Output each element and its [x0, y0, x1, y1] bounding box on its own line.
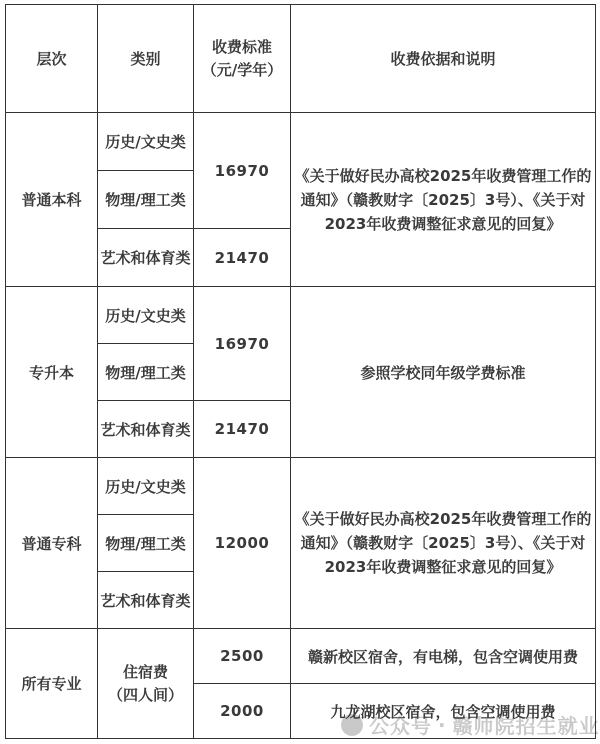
- category-cell: 物理/理工类: [98, 344, 194, 401]
- fee-cell: 16970: [194, 113, 291, 229]
- fee-cell: 2500: [194, 629, 291, 684]
- category-cell: 艺术和体育类: [98, 229, 194, 287]
- header-row: 层次 类别 收费标准 （元/学年） 收费依据和说明: [6, 5, 596, 113]
- table-row: 普通本科 历史/文史类 16970 《关于做好民办高校2025年收费管理工作的通…: [6, 113, 596, 171]
- page: 公众号 · 赣师院招生就业处 层次 类别 收费标准 （元/学年） 收费依据和说明…: [0, 0, 600, 744]
- category-cell-dorm: 住宿费 （四人间）: [98, 629, 194, 739]
- basis-cell-dorm-jiulonghu: 九龙湖校区宿舍，包含空调使用费: [291, 684, 596, 739]
- level-cell-college: 普通专科: [6, 458, 98, 629]
- fee-cell: 16970: [194, 287, 291, 401]
- category-cell: 艺术和体育类: [98, 572, 194, 629]
- fee-cell: 21470: [194, 229, 291, 287]
- header-fee-line2: （元/学年）: [196, 59, 288, 82]
- category-cell: 艺术和体育类: [98, 401, 194, 458]
- level-cell-undergraduate: 普通本科: [6, 113, 98, 287]
- fee-cell: 2000: [194, 684, 291, 739]
- table-row: 所有专业 住宿费 （四人间） 2500 赣新校区宿舍，有电梯，包含空调使用费: [6, 629, 596, 684]
- basis-cell-college: 《关于做好民办高校2025年收费管理工作的通知》（赣教财字〔2025〕3号）、《…: [291, 458, 596, 629]
- category-cell: 历史/文史类: [98, 113, 194, 171]
- level-cell-zhuanshengben: 专升本: [6, 287, 98, 458]
- header-level: 层次: [6, 5, 98, 113]
- basis-cell-undergraduate: 《关于做好民办高校2025年收费管理工作的通知》（赣教财字〔2025〕3号）、《…: [291, 113, 596, 287]
- category-cell: 历史/文史类: [98, 287, 194, 344]
- category-cell: 物理/理工类: [98, 515, 194, 572]
- header-category: 类别: [98, 5, 194, 113]
- header-fee-standard: 收费标准 （元/学年）: [194, 5, 291, 113]
- table-row: 普通专科 历史/文史类 12000 《关于做好民办高校2025年收费管理工作的通…: [6, 458, 596, 515]
- category-cell: 历史/文史类: [98, 458, 194, 515]
- header-basis: 收费依据和说明: [291, 5, 596, 113]
- table-row: 专升本 历史/文史类 16970 参照学校同年级学费标准: [6, 287, 596, 344]
- tuition-fee-table: 层次 类别 收费标准 （元/学年） 收费依据和说明 普通本科 历史/文史类 16…: [5, 4, 596, 739]
- level-cell-all-majors: 所有专业: [6, 629, 98, 739]
- category-cell: 物理/理工类: [98, 171, 194, 229]
- header-fee-line1: 收费标准: [196, 36, 288, 59]
- fee-cell: 21470: [194, 401, 291, 458]
- basis-cell-zhuanshengben: 参照学校同年级学费标准: [291, 287, 596, 458]
- fee-cell: 12000: [194, 458, 291, 629]
- basis-cell-dorm-gaxin: 赣新校区宿舍，有电梯，包含空调使用费: [291, 629, 596, 684]
- dorm-room-type: （四人间）: [100, 684, 191, 707]
- dorm-fee-label: 住宿费: [100, 661, 191, 684]
